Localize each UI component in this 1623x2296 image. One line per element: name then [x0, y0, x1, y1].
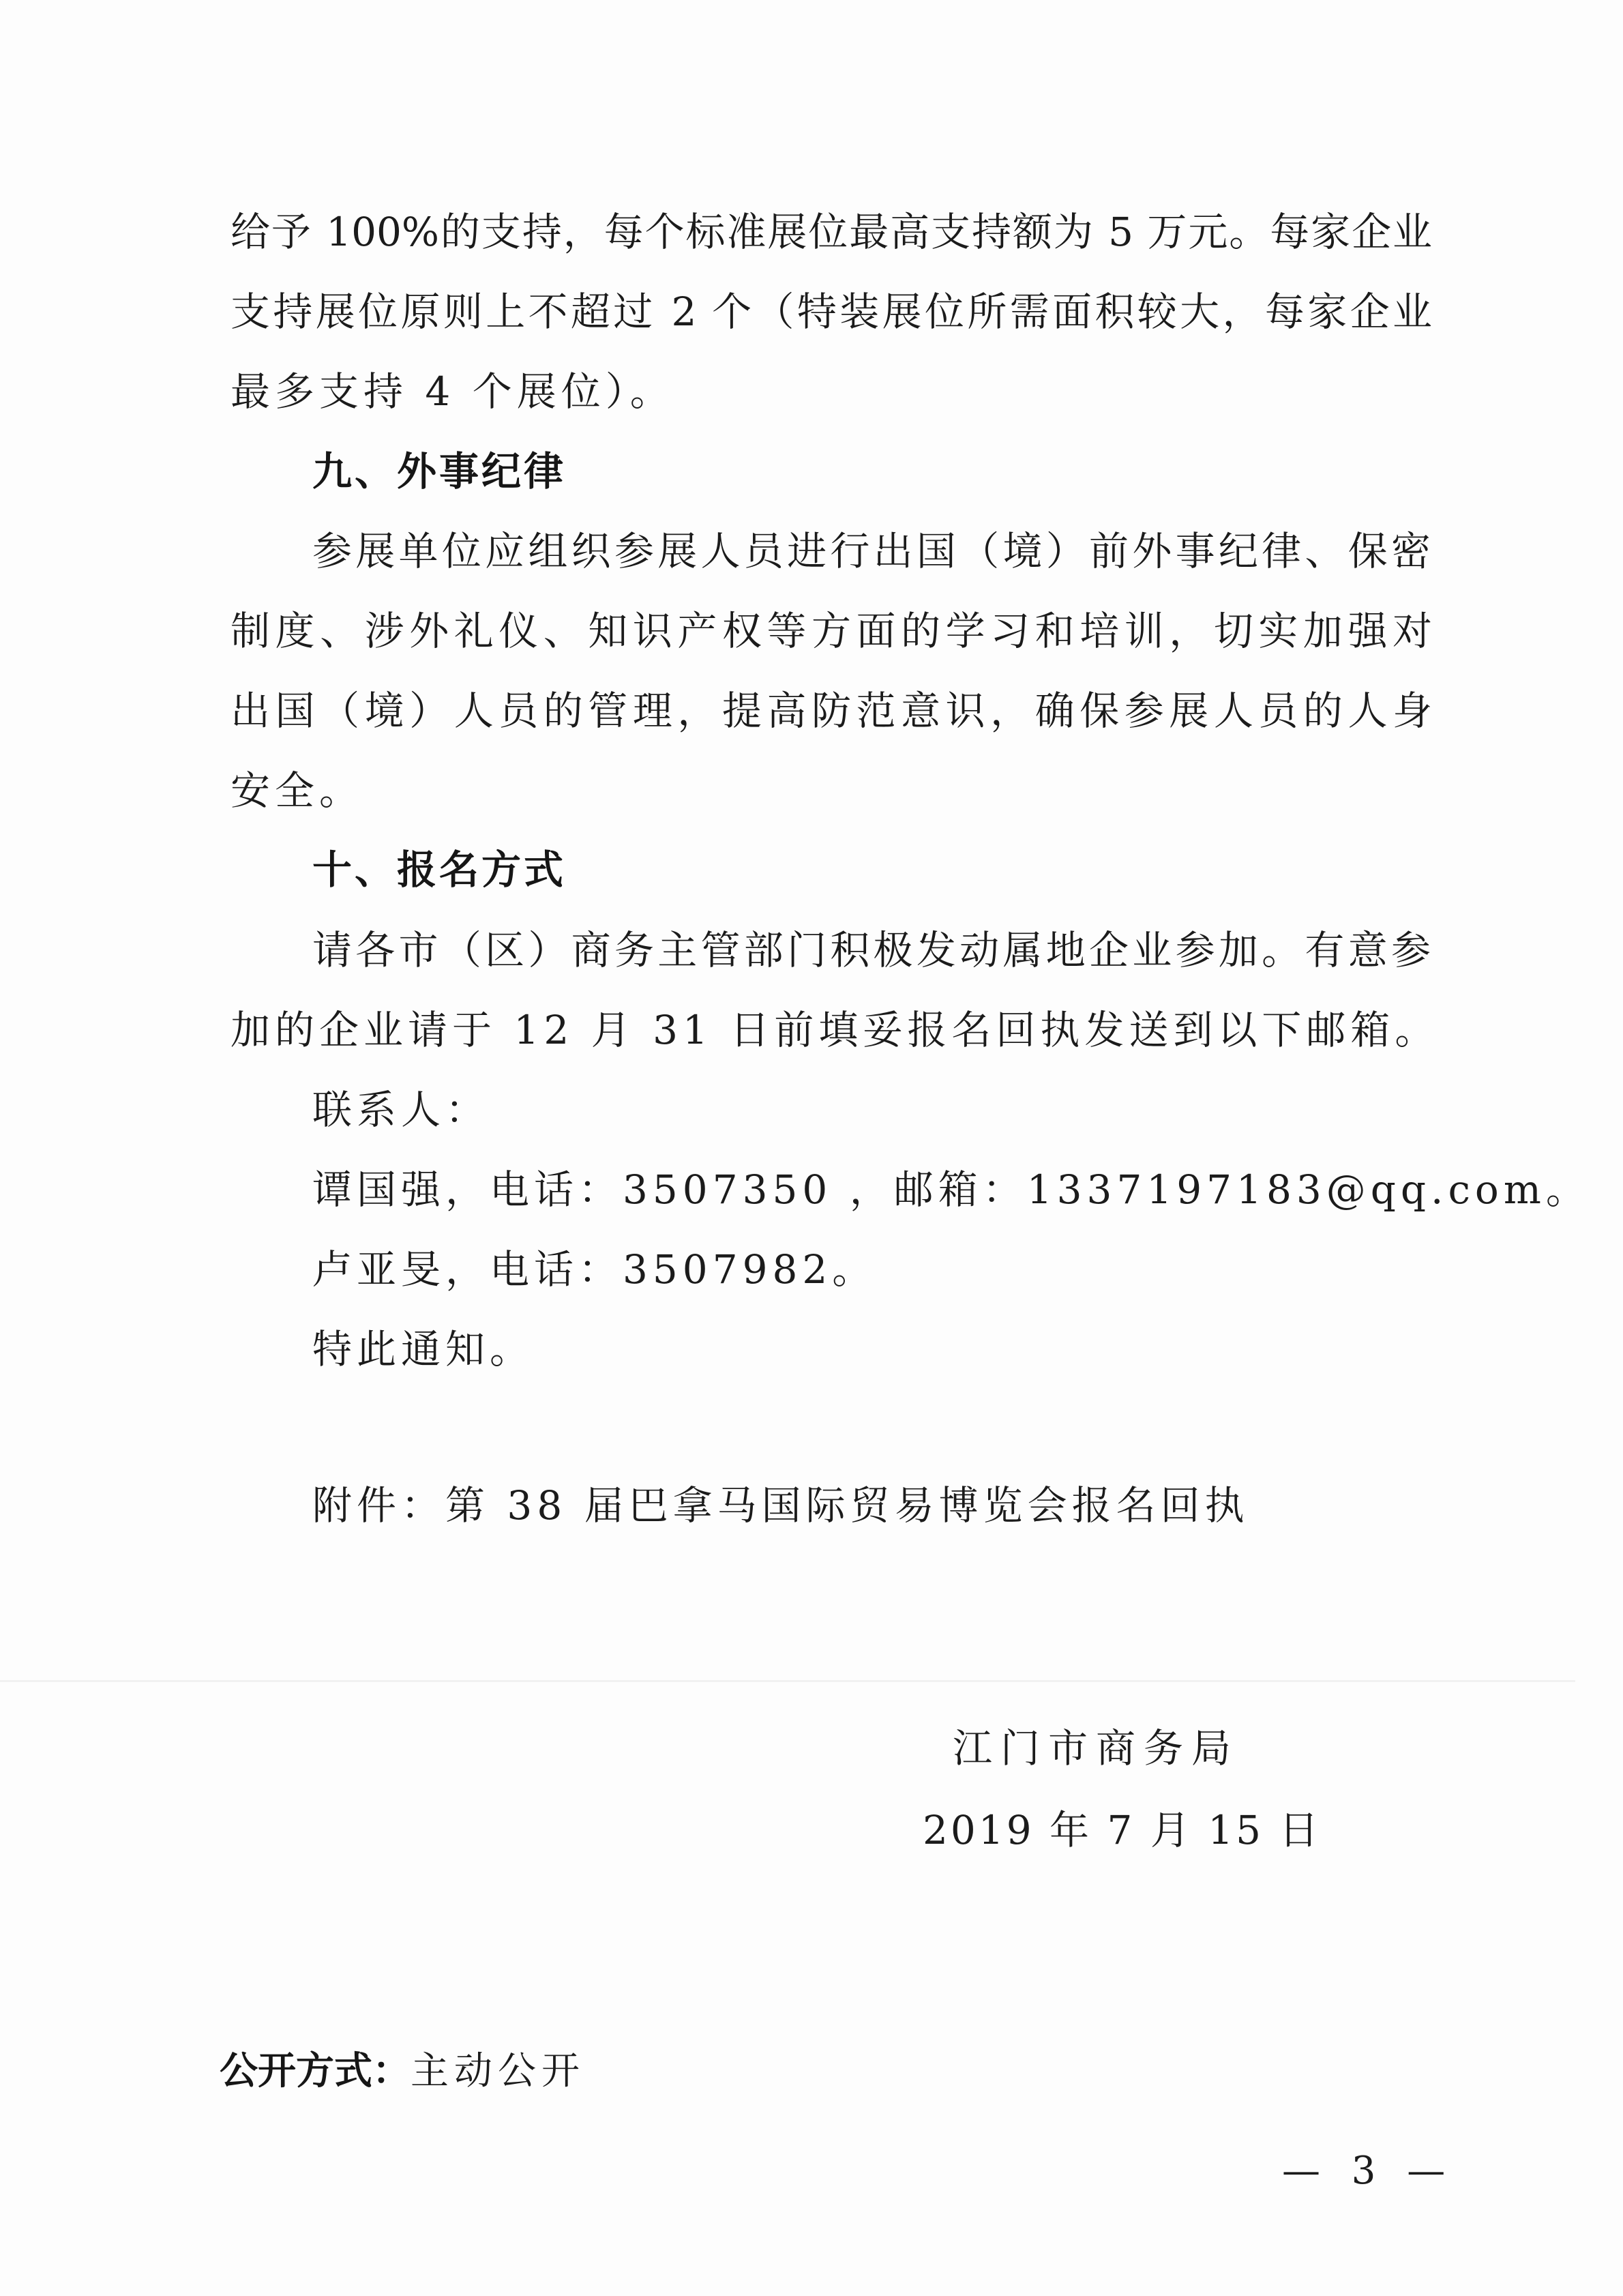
- contact-line: 卢亚旻，电话：3507982。: [312, 1246, 876, 1293]
- paragraph-line: 给予 100%的支持，每个标准展位最高支持额为 5 万元。每家企业: [230, 208, 1432, 256]
- disclosure-value: 主动公开: [411, 2049, 585, 2093]
- contact-line: 谭国强，电话：3507350 ，邮箱：1337197183@qq.com。: [312, 1166, 1590, 1213]
- paragraph-line: 参展单位应组织参展人员进行出国（境）前外事纪律、保密: [312, 527, 1431, 575]
- disclosure-row: 公开方式：主动公开: [220, 2046, 585, 2094]
- closing-line: 特此通知。: [312, 1325, 534, 1373]
- paragraph-line: 加的企业请于 12 月 31 日前填妥报名回执发送到以下邮箱。: [230, 1006, 1439, 1054]
- section-heading-foreign-affairs: 九、外事纪律: [312, 447, 566, 495]
- section-heading-registration: 十、报名方式: [312, 846, 566, 894]
- paragraph-line: 支持展位原则上不超过 2 个（特装展位所需面积较大，每家企业: [230, 288, 1432, 336]
- paragraph-line: 安全。: [230, 767, 363, 814]
- paragraph-line: 出国（境）人员的管理，提高防范意识，确保参展人员的人身: [230, 687, 1432, 735]
- page-number: — 3 —: [1282, 2147, 1455, 2195]
- paragraph-line: 制度、涉外礼仪、知识产权等方面的学习和培训，切实加强对: [230, 607, 1432, 655]
- paragraph-line: 请各市（区）商务主管部门积极发动属地企业参加。有意参: [312, 926, 1431, 974]
- paragraph-line: 最多支持 4 个展位）。: [230, 368, 674, 415]
- contacts-label: 联系人：: [312, 1086, 490, 1134]
- signature-date: 2019 年 7 月 15 日: [923, 1806, 1322, 1854]
- signature-organization: 江门市商务局: [953, 1724, 1239, 1772]
- disclosure-label: 公开方式：: [220, 2049, 411, 2093]
- document-page: 给予 100%的支持，每个标准展位最高支持额为 5 万元。每家企业 支持展位原则…: [0, 0, 1623, 2296]
- attachment-line: 附件：第 38 届巴拿马国际贸易博览会报名回执: [312, 1482, 1249, 1529]
- scan-artifact-line: [0, 1680, 1575, 1682]
